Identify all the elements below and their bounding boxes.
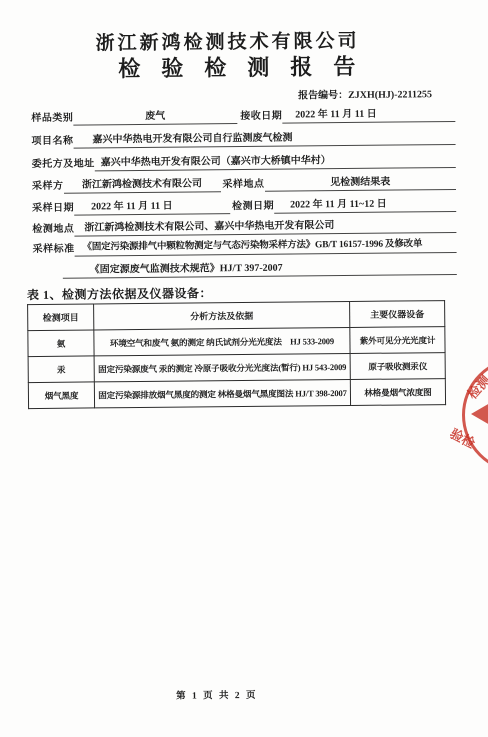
sampling-site-label: 采样地点 bbox=[222, 178, 264, 192]
col-header-method: 分析方法及依据 bbox=[94, 301, 350, 329]
method-instrument-table: 检测项目 分析方法及依据 主要仪器设备 氨 环境空气和废气 氨的测定 纳氏试剂分… bbox=[27, 300, 446, 409]
table-row: 汞 固定污染源废气 汞的测定 冷原子吸收分光光度法(暂行) HJ 543-200… bbox=[28, 353, 445, 383]
page-number: 第 1 页 共 2 页 bbox=[107, 686, 327, 702]
col-header-item: 检测项目 bbox=[28, 304, 94, 331]
test-site-value: 浙江新鸿检测技术有限公司、嘉兴中华热电开发有限公司 bbox=[74, 218, 456, 237]
table-row: 烟气黑度 固定污染源排放烟气黑度的测定 林格曼烟气黑度图法 HJ/T 398-2… bbox=[28, 379, 445, 409]
method-cell: 固定污染源废气 汞的测定 冷原子吸收分光光度法(暂行) HJ 543-2009 bbox=[94, 353, 350, 381]
sample-type-label: 样品类别 bbox=[31, 112, 73, 126]
sampling-date-label: 采样日期 bbox=[32, 202, 74, 216]
sample-type-value: 废气 bbox=[73, 109, 237, 126]
item-cell: 烟气黑度 bbox=[28, 382, 94, 409]
form-row-sampler: 采样方 浙江新鸿检测技术有限公司 采样地点 见检测结果表 bbox=[32, 175, 456, 194]
table-row: 氨 环境空气和废气 氨的测定 纳氏试剂分光光度法 HJ 533-2009 紫外可… bbox=[28, 327, 445, 357]
table1-title: 表 1、检测方法依据及仪器设备： bbox=[27, 284, 212, 303]
receive-date-value: 2022 年 11 月 11 日 bbox=[282, 107, 455, 124]
client-address-value: 嘉兴中华热电开发有限公司（嘉兴市大桥镇中华村） bbox=[95, 153, 456, 171]
form-row-client-address: 委托方及地址 嘉兴中华热电开发有限公司（嘉兴市大桥镇中华村） bbox=[32, 153, 456, 172]
sampling-standard-value: 《固定污染源排气中颗粒物测定与气态污染物采样方法》GB/T 16157-1996… bbox=[74, 238, 456, 257]
instrument-cell: 林格曼烟气浓度图 bbox=[350, 379, 445, 406]
form-row-sampling-standard: 采样标准 《固定污染源排气中颗粒物测定与气态污染物采样方法》GB/T 16157… bbox=[32, 238, 456, 257]
sampling-site-value: 见检测结果表 bbox=[264, 175, 456, 192]
method-cell: 固定污染源排放烟气黑度的测定 林格曼烟气黑度图法 HJ/T 398-2007 bbox=[94, 379, 350, 407]
red-seal-star-icon bbox=[471, 403, 488, 425]
form-row-sampling-date: 采样日期 2022 年 11 月 11 日 检测日期 2022 年 11 月 1… bbox=[32, 197, 456, 216]
test-date-value: 2022 年 11 月 11~12 日 bbox=[274, 197, 456, 214]
receive-date-label: 接收日期 bbox=[240, 110, 282, 124]
project-name-label: 项目名称 bbox=[31, 135, 73, 149]
form-row-sample-type: 样品类别 废气 接收日期 2022 年 11 月 11 日 bbox=[31, 107, 455, 126]
report-number: 报告编号：ZJXH(HJ)-2211255 bbox=[298, 85, 432, 101]
project-name-value: 嘉兴中华热电开发有限公司自行监测废气检测 bbox=[73, 130, 455, 149]
report-number-value: ZJXH(HJ)-2211255 bbox=[348, 89, 432, 101]
sampler-value: 浙江新鸿检测技术有限公司 bbox=[63, 177, 220, 194]
item-cell: 氨 bbox=[28, 330, 94, 357]
sampler-label: 采样方 bbox=[32, 180, 64, 194]
instrument-cell: 原子吸收测汞仪 bbox=[350, 353, 445, 380]
sampling-date-value: 2022 年 11 月 11 日 bbox=[74, 199, 230, 215]
form-row-test-site: 检测地点 浙江新鸿检测技术有限公司、嘉兴中华热电开发有限公司 bbox=[32, 218, 456, 237]
test-date-label: 检测日期 bbox=[232, 200, 274, 214]
sampling-standard-label: 采样标准 bbox=[32, 243, 74, 257]
method-cell: 环境空气和废气 氨的测定 纳氏试剂分光光度法 HJ 533-2009 bbox=[94, 327, 350, 355]
scanned-content: 浙江新鸿检测技术有限公司 检验检测报告 报告编号：ZJXH(HJ)-221125… bbox=[0, 0, 488, 737]
test-site-label: 检测地点 bbox=[32, 223, 74, 237]
report-page: 浙江新鸿检测技术有限公司 检验检测报告 报告编号：ZJXH(HJ)-221125… bbox=[0, 0, 488, 737]
report-number-label: 报告编号： bbox=[298, 90, 348, 101]
table-header-row: 检测项目 分析方法及依据 主要仪器设备 bbox=[28, 301, 445, 331]
item-cell: 汞 bbox=[28, 356, 94, 383]
form-row-sampling-standard-2: 《固定源废气监测技术规范》HJ/T 397-2007 bbox=[33, 260, 457, 279]
sampling-standard-value-2: 《固定源废气监测技术规范》HJ/T 397-2007 bbox=[63, 260, 457, 279]
form-row-project-name: 项目名称 嘉兴中华热电开发有限公司自行监测废气检测 bbox=[31, 130, 455, 149]
document-title: 检验检测报告 bbox=[0, 49, 476, 85]
client-address-label: 委托方及地址 bbox=[32, 157, 95, 172]
instrument-cell: 紫外可见分光光度计 bbox=[350, 327, 445, 354]
col-header-instrument: 主要仪器设备 bbox=[350, 301, 445, 328]
